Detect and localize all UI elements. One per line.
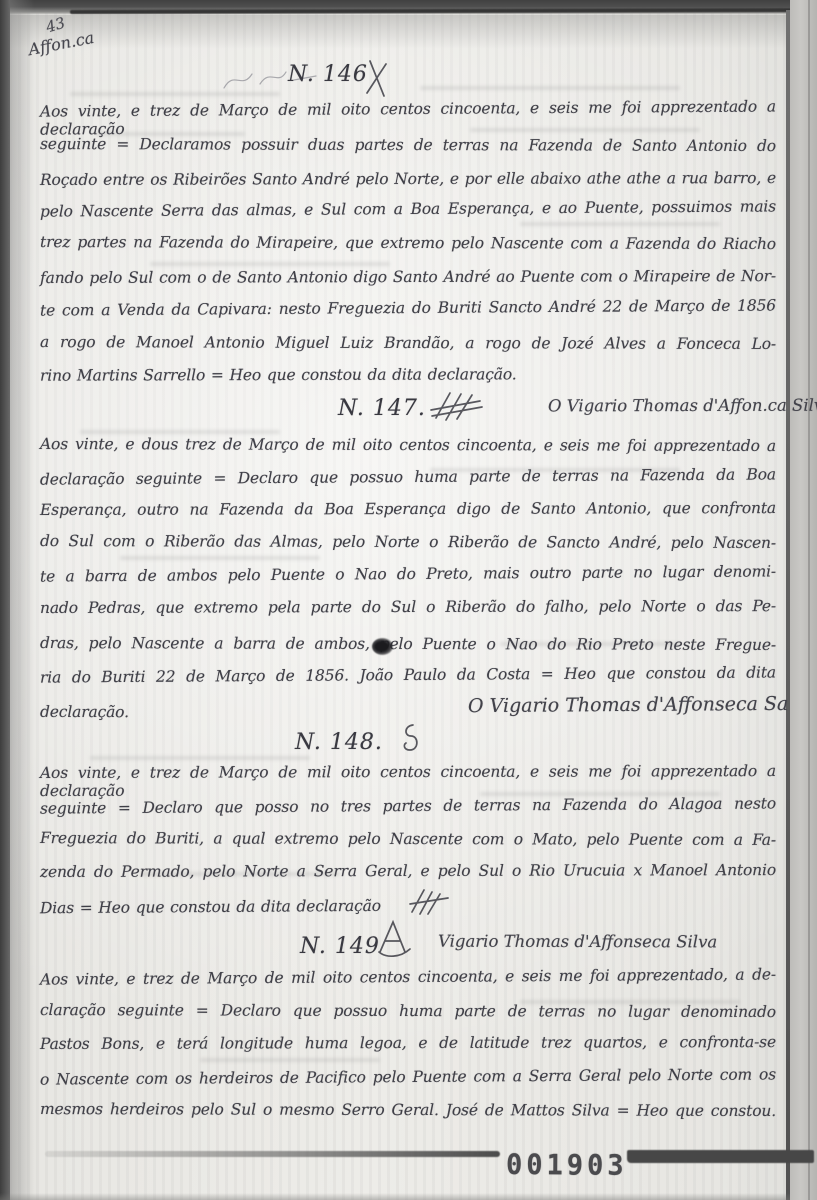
bottom-shadow-band-left xyxy=(45,1151,500,1157)
vicar-signature: O Vigario Thomas d'Affon.ca Silva xyxy=(548,396,817,416)
bleed-through-mark xyxy=(120,556,320,560)
manuscript-line: Freguezia do Buriti, a qual extremo pelo… xyxy=(40,829,776,851)
manuscript-line: seguinte = Declaramos possuir duas parte… xyxy=(40,135,776,157)
ink-blot xyxy=(372,638,393,655)
vicar-signature: Vigario Thomas d'Affonseca Silva xyxy=(438,932,717,952)
manuscript-line: a rogo de Manoel Antonio Miguel Luiz Bra… xyxy=(40,333,776,355)
manuscript-line: o Nascente com os herdeiros de Pacifico … xyxy=(40,1065,776,1090)
manuscript-line: Aos vinte, e trez de Março de mil oito c… xyxy=(40,762,776,784)
vicar-closing-signature: O Vigario Thomas d'Affonseca Sa xyxy=(468,693,788,717)
manuscript-line: nado Pedras, que extremo pela parte do S… xyxy=(40,597,776,619)
loop-8-mark-icon xyxy=(400,722,422,756)
manuscript-line: mesmos herdeiros pelo Sul o mesmo Serro … xyxy=(40,1100,776,1122)
manuscript-line: claração seguinte = Declaro que possuo h… xyxy=(40,1001,776,1023)
manuscript-line: Esperança, outro na Fazenda da Boa Esper… xyxy=(40,499,776,521)
bleed-through-mark xyxy=(80,430,280,434)
adjacent-page-strip xyxy=(790,0,817,1200)
manuscript-line: seguinte = Declaro que posso no tres par… xyxy=(40,794,776,819)
manuscript-line: Aos vinte, e trez de Março de mil oito c… xyxy=(40,965,776,990)
manuscript-line: rino Martins Sarrello = Heo que constou … xyxy=(40,365,517,386)
adjacent-page-edge-line xyxy=(808,0,810,1200)
x-scribble-mark-icon xyxy=(363,58,391,100)
scan-left-edge xyxy=(0,0,10,1200)
manuscript-line: trez partes na Fazenda do Mirapeire, que… xyxy=(40,233,776,255)
archive-number-stamp: 001903 xyxy=(506,1149,628,1182)
bleed-through-mark xyxy=(150,262,390,266)
manuscript-line: pelo Nascente Serra das almas, e Sul com… xyxy=(40,197,776,222)
manuscript-line: dras, pelo Nascente a barra de ambos, pe… xyxy=(40,634,776,656)
manuscript-line: ria do Buriti 22 de Março de 1856. João … xyxy=(40,663,776,688)
bleed-through-mark xyxy=(200,1058,380,1062)
manuscript-line: Dias = Heo que constou da dita declaraçã… xyxy=(40,897,381,919)
entry-148-number: N. 148. xyxy=(295,730,383,755)
bleed-through-mark xyxy=(420,86,680,90)
left-gutter-shade xyxy=(10,0,34,1200)
entry-149-number: N. 149 xyxy=(300,934,380,959)
manuscript-line: zenda do Permado, pelo Norte a Serra Ger… xyxy=(40,861,776,883)
manuscript-line: Roçado entre os Ribeirões Santo André pe… xyxy=(40,169,776,191)
entry-146-number: N. 146 xyxy=(288,62,368,87)
scanned-document-page: 43 Affon.ca N. 146 Aos vinte, e trez de … xyxy=(0,0,817,1200)
manuscript-line: do Sul com o Riberão das Almas, pelo Nor… xyxy=(40,532,776,554)
bleed-through-mark xyxy=(470,128,700,132)
cross-out-scribble-mark-icon xyxy=(408,886,452,920)
manuscript-line: Aos vinte, e dous trez de Março de mil o… xyxy=(40,435,776,457)
manuscript-line: fando pelo Sul com o de Santo Antonio di… xyxy=(40,267,776,289)
bottom-shadow-band-right xyxy=(627,1150,814,1163)
top-shadow-wash xyxy=(10,15,789,49)
bleed-through-mark xyxy=(90,756,310,760)
manuscript-line: te com a Venda da Capivara: nesto Fregue… xyxy=(40,296,776,321)
page-bottom-edge xyxy=(0,1193,790,1200)
bleed-through-mark xyxy=(520,222,720,226)
manuscript-line: Pastos Bons, e terá longitude huma legoa… xyxy=(40,1033,776,1055)
manuscript-line: Aos vinte, e trez de Março de mil oito c… xyxy=(40,97,776,122)
manuscript-line: declaração. xyxy=(40,703,129,723)
entry-147-number: N. 147. xyxy=(338,396,426,421)
manuscript-line: te a barra de ambos pelo Puente o Nao do… xyxy=(40,562,776,587)
manuscript-line: declaração seguinte = Declaro que possuo… xyxy=(40,465,776,490)
a-flourish-mark-icon xyxy=(376,918,412,960)
crossed-out-scribble-mark-icon xyxy=(428,388,500,424)
